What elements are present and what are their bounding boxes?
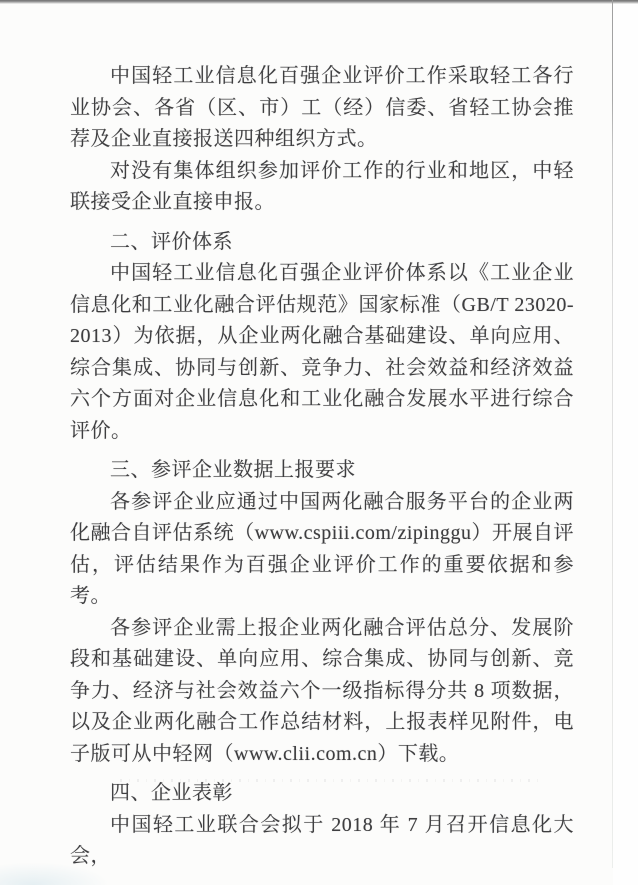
- section-heading: 三、参评企业数据上报要求: [70, 455, 574, 487]
- scanned-document-page: 中国轻工业信息化百强企业评价工作采取轻工各行业协会、各省（区、市）工（经）信委、…: [0, 0, 638, 885]
- scan-right-margin: [613, 0, 638, 885]
- paragraph: 中国轻工业信息化百强企业评价工作采取轻工各行业协会、各省（区、市）工（经）信委、…: [70, 61, 574, 156]
- paragraph: 各参评企业应通过中国两化融合服务平台的企业两化融合自评估系统（www.cspii…: [70, 487, 574, 613]
- section-heading: 二、评价体系: [70, 227, 574, 259]
- document-text-block: 中国轻工业信息化百强企业评价工作采取轻工各行业协会、各省（区、市）工（经）信委、…: [70, 61, 574, 873]
- paragraph: 中国轻工业信息化百强企业评价体系以《工业企业信息化和工业化融合评估规范》国家标准…: [70, 258, 574, 447]
- scan-right-line: [612, 0, 613, 868]
- paragraph: 中国轻工业联合会拟于 2018 年 7 月召开信息化大会，: [70, 810, 574, 873]
- paragraph: 对没有集体组织参加评价工作的行业和地区，中轻联接受企业直接申报。: [70, 156, 574, 219]
- section-heading: 四、企业表彰: [70, 778, 574, 810]
- scan-top-edge: [0, 0, 638, 4]
- paragraph: 各参评企业需上报企业两化融合评估总分、发展阶段和基础建设、单向应用、综合集成、协…: [70, 613, 574, 771]
